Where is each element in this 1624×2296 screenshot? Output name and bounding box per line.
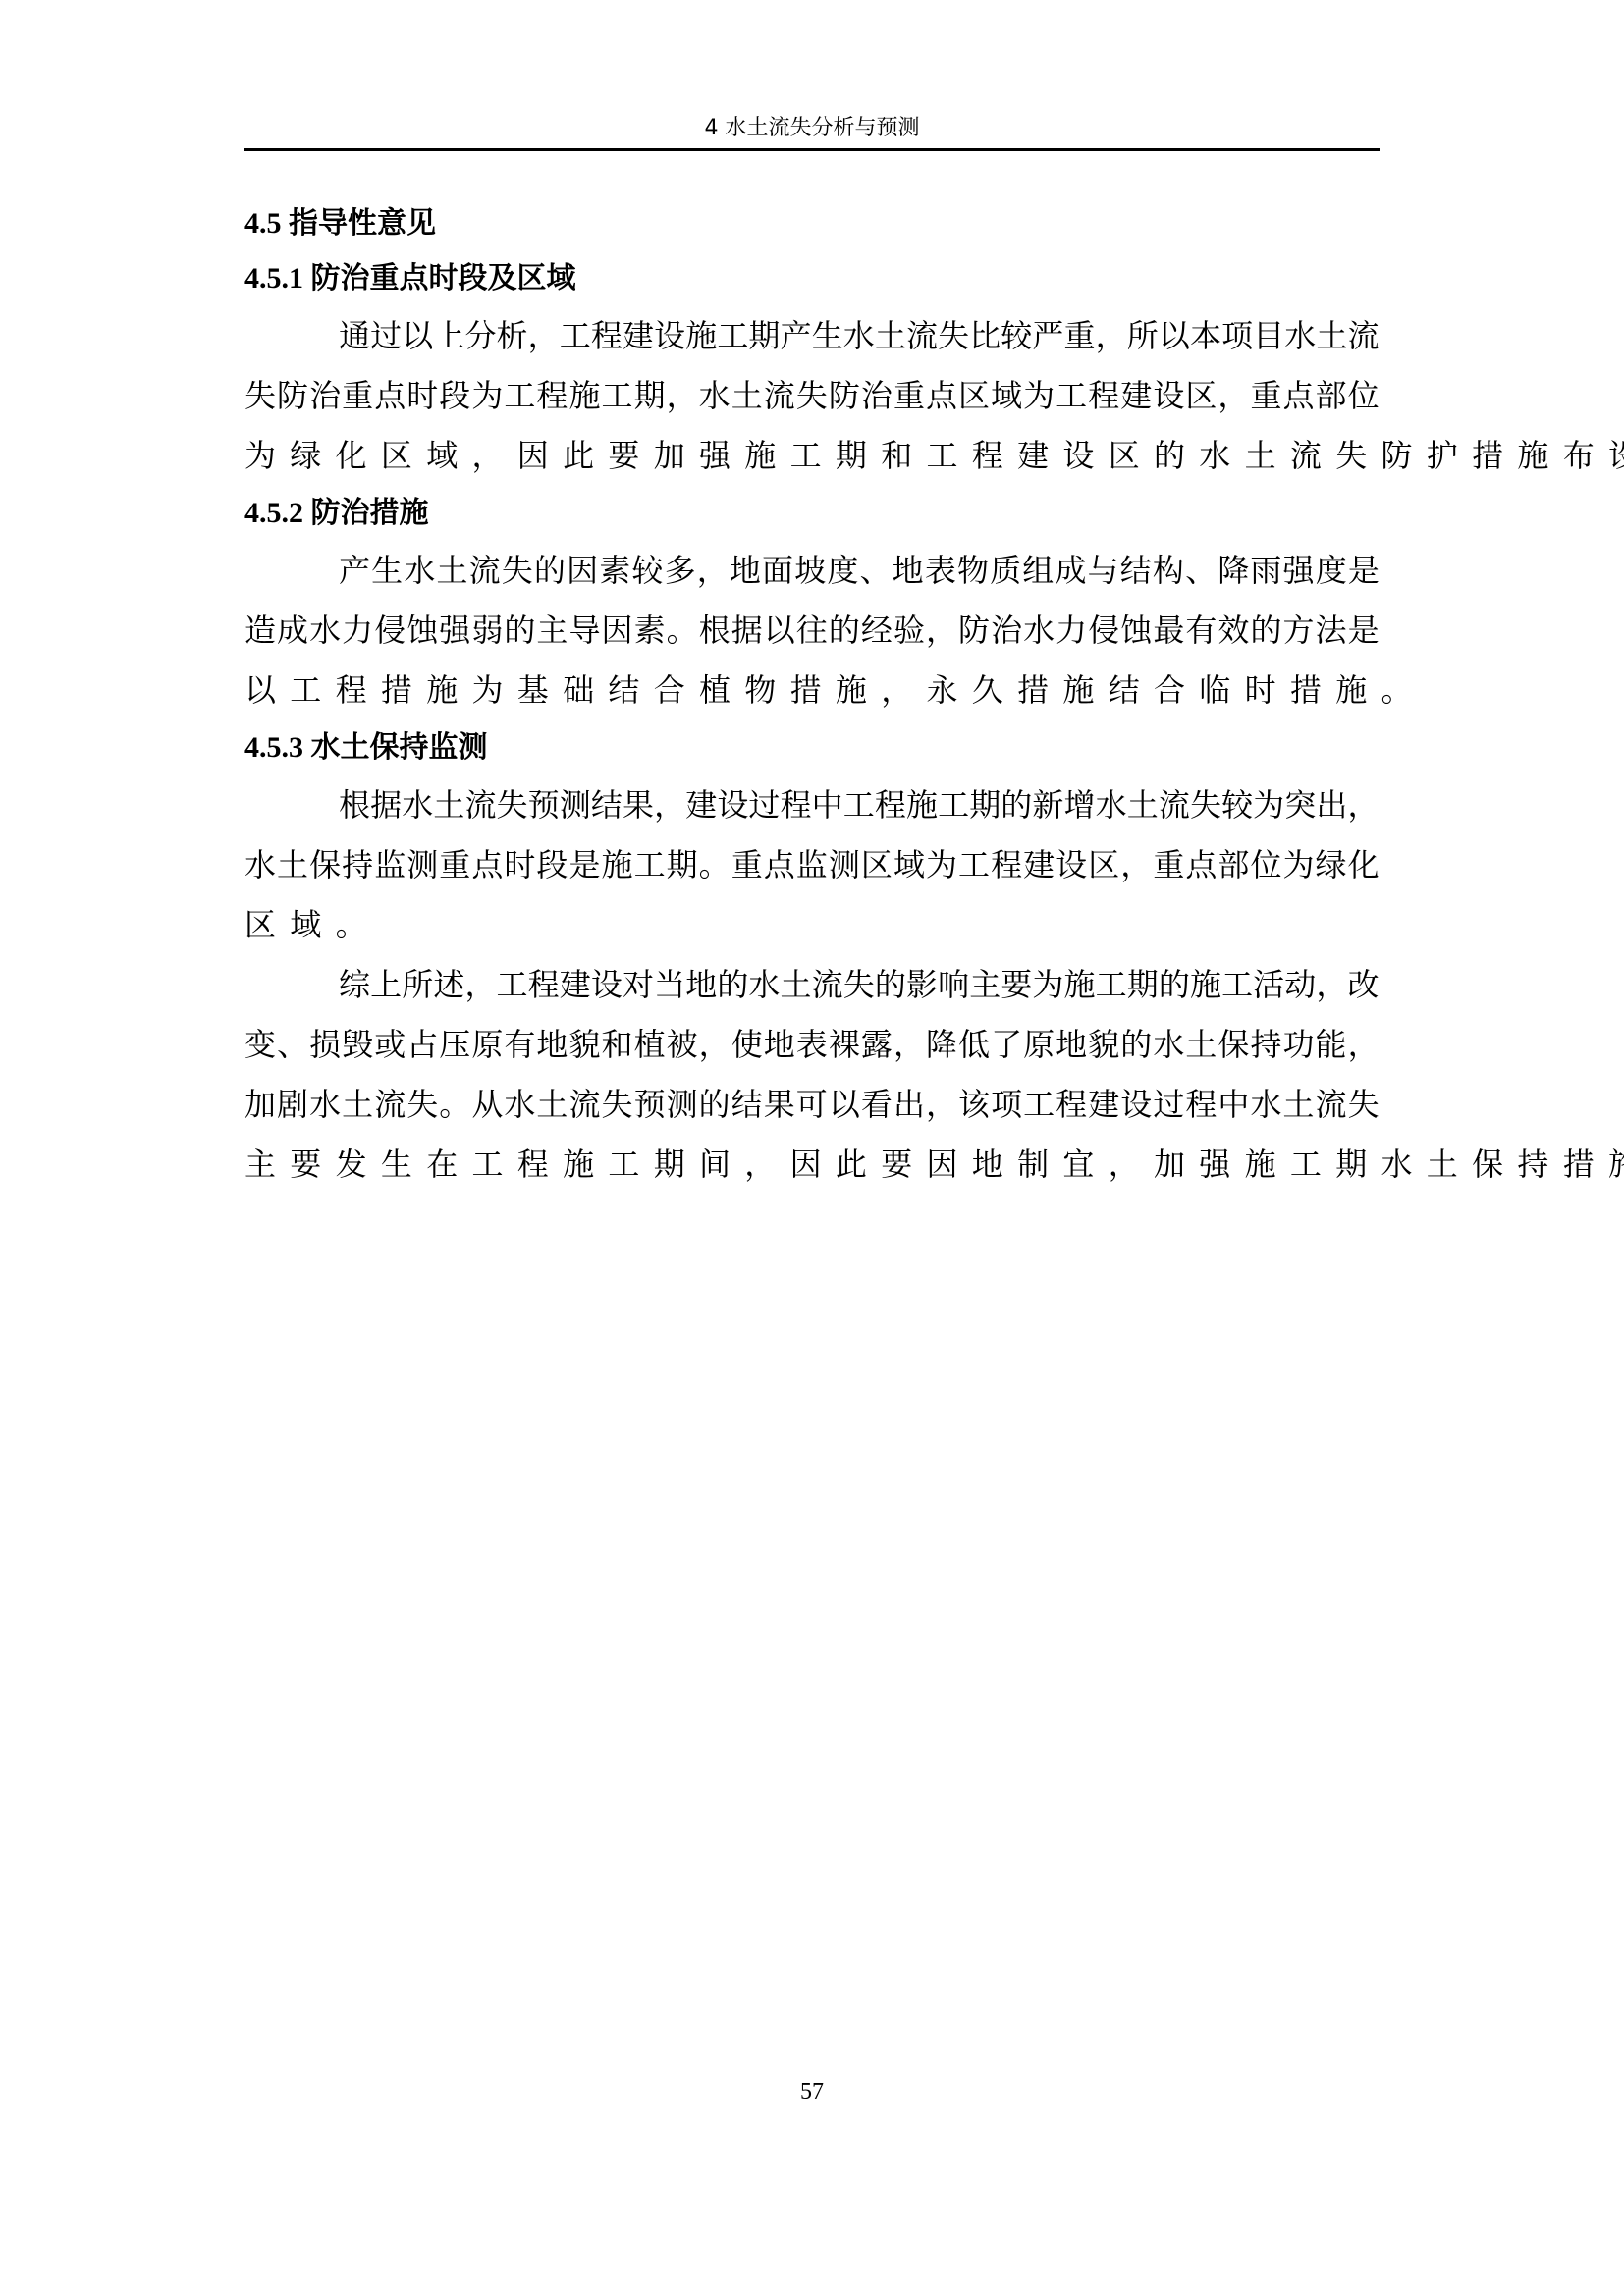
text-line: 变、损毁或占压原有地貌和植被，使地表裸露，降低了原地貌的水土保持功能， bbox=[244, 1015, 1380, 1075]
paragraph: 综上所述，工程建设对当地的水土流失的影响主要为施工期的施工活动，改 变、损毁或占… bbox=[244, 955, 1380, 1195]
paragraph: 通过以上分析，工程建设施工期产生水土流失比较严重，所以本项目水土流 失防治重点时… bbox=[244, 306, 1380, 486]
text-line: 根据水土流失预测结果，建设过程中工程施工期的新增水土流失较为突出， bbox=[244, 775, 1380, 835]
text-line: 区域。 bbox=[244, 895, 1380, 955]
text-line: 综上所述，工程建设对当地的水土流失的影响主要为施工期的施工活动，改 bbox=[244, 955, 1380, 1015]
running-header: 4 水土流失分析与预测 bbox=[244, 114, 1380, 143]
text-line: 加剧水土流失。从水土流失预测的结果可以看出，该项工程建设过程中水土流失 bbox=[244, 1075, 1380, 1135]
page-number: 57 bbox=[0, 2079, 1624, 2106]
text-line: 为绿化区域，因此要加强施工期和工程建设区的水土流失防护措施布设。 bbox=[244, 426, 1380, 486]
header-rule bbox=[244, 148, 1380, 151]
paragraph: 根据水土流失预测结果，建设过程中工程施工期的新增水土流失较为突出， 水土保持监测… bbox=[244, 775, 1380, 955]
text-line: 造成水力侵蚀强弱的主导因素。根据以往的经验，防治水力侵蚀最有效的方法是 bbox=[244, 601, 1380, 661]
text-line: 失防治重点时段为工程施工期，水土流失防治重点区域为工程建设区，重点部位 bbox=[244, 366, 1380, 426]
text-line: 水土保持监测重点时段是施工期。重点监测区域为工程建设区，重点部位为绿化 bbox=[244, 835, 1380, 895]
paragraph: 产生水土流失的因素较多，地面坡度、地表物质组成与结构、降雨强度是 造成水力侵蚀强… bbox=[244, 541, 1380, 721]
text-line: 主要发生在工程施工期间，因此要因地制宜，加强施工期水土保持措施布设。 bbox=[244, 1135, 1380, 1195]
text-line: 以工程措施为基础结合植物措施，永久措施结合临时措施。 bbox=[244, 661, 1380, 721]
section-heading-4-5-2: 4.5.2 防治措施 bbox=[244, 486, 1380, 541]
text-line: 产生水土流失的因素较多，地面坡度、地表物质组成与结构、降雨强度是 bbox=[244, 541, 1380, 601]
section-heading-4-5: 4.5 指导性意见 bbox=[244, 196, 1380, 251]
text-line: 通过以上分析，工程建设施工期产生水土流失比较严重，所以本项目水土流 bbox=[244, 306, 1380, 366]
section-heading-4-5-3: 4.5.3 水土保持监测 bbox=[244, 721, 1380, 775]
section-heading-4-5-1: 4.5.1 防治重点时段及区域 bbox=[244, 251, 1380, 306]
document-body: 4.5 指导性意见 4.5.1 防治重点时段及区域 通过以上分析，工程建设施工期… bbox=[244, 196, 1380, 1195]
